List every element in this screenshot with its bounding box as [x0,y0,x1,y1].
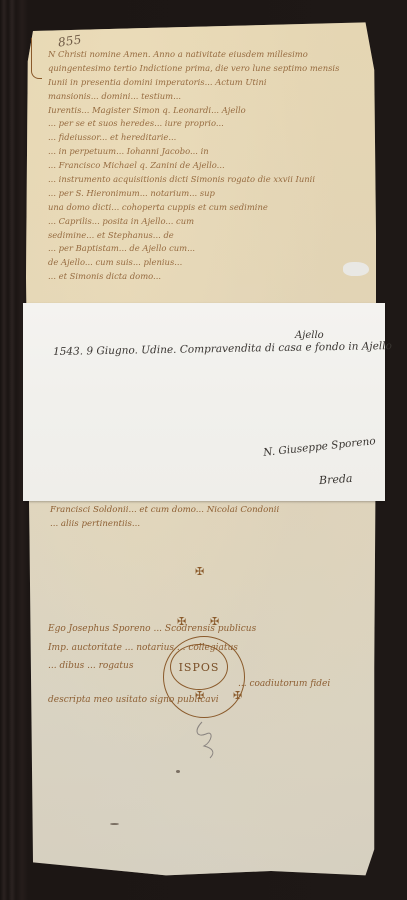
subscription-line: Ego Josephus Sporeno ... Scodrensis publ… [48,624,256,634]
archival-paper-slip: Ajello 1543. 9 Giugno. Udine. Compravend… [23,303,385,501]
text-line: ... per Baptistam... de Ajello cum... [48,242,368,256]
text-line: ... per se et suos heredes... iure propr… [48,117,368,131]
text-line: ... per S. Hieronimum... notarium... sup [48,187,368,201]
subscription-line: ... dibus ... rogatus [48,661,133,671]
decorated-initial-i [31,38,42,79]
text-line: Iunii in presentia domini imperatoris...… [48,76,368,90]
text-line: mansionis... domini... testium... [48,90,368,104]
notarial-signum-monogram: ISPOS [170,644,228,690]
text-line: ... fideiussor... et hereditarie... [48,131,368,145]
slip-description: 1543. 9 Giugno. Udine. Compravendita di … [53,340,392,358]
text-line: Francisci Soldonii... et cum domo... Nic… [50,503,370,517]
text-line: ... aliis pertinentiis... [50,517,370,531]
text-line: una domo dicti... cohoperta cuppis et cu… [48,201,368,215]
parchment-main-text: N Christi nomine Amen. Anno a nativitate… [48,48,368,284]
text-line: ... Caprilis... posita in Ajello... cum [48,215,368,229]
notary-flourish-icon [192,720,228,760]
text-line: ... et Simonis dicta domo... [48,270,368,284]
text-line: Iurentis... Magister Simon q. Leonardi..… [48,104,368,118]
ink-blot [176,770,180,773]
text-line: ... in perpetuum... Iohanni Jacobo... in [48,145,368,159]
parchment-lower-text: Francisci Soldonii... et cum domo... Nic… [50,503,370,531]
text-line: ... Francisco Michael q. Zanini de Ajell… [48,159,368,173]
cross-icon: ✠ [195,566,204,577]
text-line: de Ajello... cum suis... plenius... [48,256,368,270]
text-line: ... instrumento acquisitionis dicti Simo… [48,173,368,187]
text-line: quingentesimo tertio Indictione prima, d… [48,62,368,76]
parchment-tear [343,262,369,276]
slip-initial-signature: Breda [319,472,353,487]
slip-signature: N. Giuseppe Sporeno [263,435,376,459]
text-line: sedimine... et Stephanus... de [48,229,368,243]
ink-blot [110,823,119,825]
subscription-line: ... coadiutorum fidei [238,679,330,689]
text-line: N Christi nomine Amen. Anno a nativitate… [48,48,368,62]
slip-annotation: Ajello [295,330,324,341]
